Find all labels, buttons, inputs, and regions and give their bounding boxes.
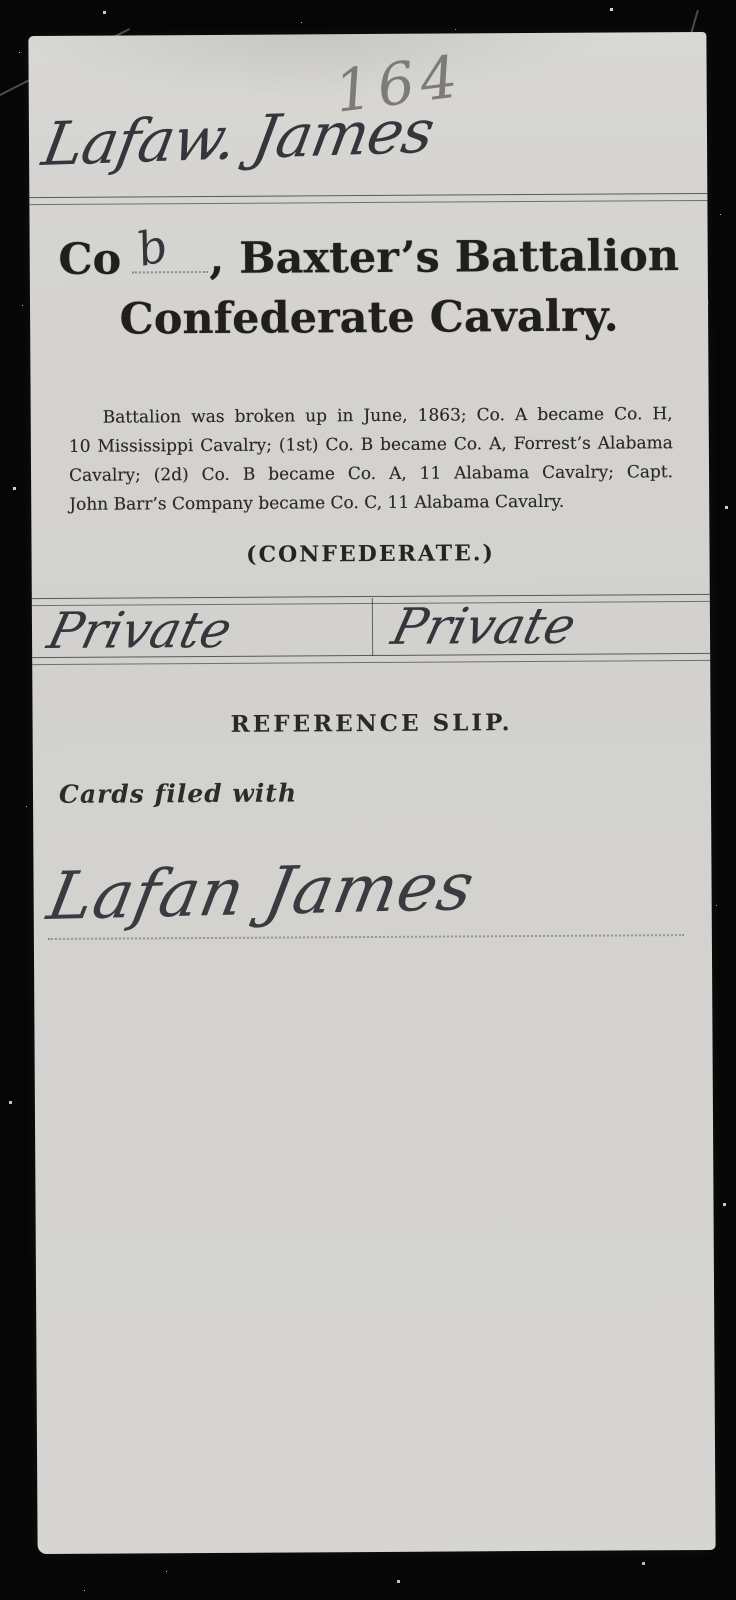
history-line: 10 Mississippi Cavalry; (1st) Co. B beca… [69, 429, 673, 462]
rank-column-divider [372, 598, 373, 656]
unit-heading-line1: Cob, Baxter’s Battalion [30, 226, 708, 290]
battalion-history-note: Battalion was broken up in June, 1863; C… [69, 400, 674, 520]
reference-slip-card: 164 Lafaw. James Cob, Baxter’s Battalion… [28, 32, 715, 1554]
rank-right-handwritten: Private [386, 597, 581, 656]
company-letter-handwritten: b [131, 215, 173, 280]
history-line: John Barr’s Company became Co. C, 11 Ala… [69, 487, 673, 520]
company-prefix-label: Co [58, 235, 121, 285]
reference-slip-title: REFERENCE SLIP. [32, 708, 710, 739]
company-letter-blank: b [131, 271, 207, 273]
soldier-name-handwritten: Lafaw. James [37, 97, 439, 180]
unit-heading: Cob, Baxter’s Battalion Confederate Cava… [30, 226, 709, 350]
history-line: Battalion was broken up in June, 1863; C… [69, 400, 673, 433]
filed-under-name-handwritten: Lafan James [42, 848, 481, 935]
filed-name-dotted-line [48, 932, 684, 940]
allegiance-label: (CONFEDERATE.) [31, 539, 709, 569]
history-line: Cavalry; (2d) Co. B became Co. A, 11 Ala… [69, 458, 673, 491]
rank-entry-row: Private Private [32, 594, 710, 663]
film-dust-speckles [0, 0, 1, 1]
cards-filed-with-label: Cards filed with [59, 778, 297, 808]
unit-name-label: , Baxter’s Battalion [209, 231, 679, 284]
unit-heading-line2: Confederate Cavalry. [30, 286, 708, 350]
name-rule-line [29, 193, 707, 205]
rank-left-handwritten: Private [42, 601, 237, 660]
